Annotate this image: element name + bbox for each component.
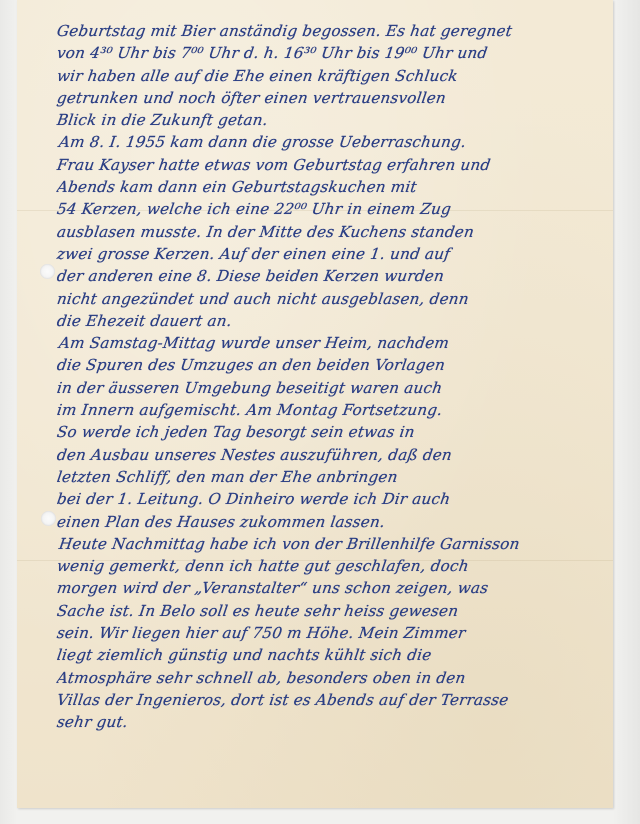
text-line: ausblasen musste. In der Mitte des Kuche…: [55, 221, 618, 243]
punch-hole-icon: [41, 511, 56, 526]
letter-page: Geburtstag mit Bier anständig begossen. …: [17, 0, 613, 808]
text-line: Geburtstag mit Bier anständig begossen. …: [55, 20, 618, 42]
text-line: der anderen eine 8. Diese beiden Kerzen …: [55, 265, 618, 287]
text-line: einen Plan des Hauses zukommen lassen.: [55, 511, 618, 533]
text-line: Abends kam dann ein Geburtstagskuchen mi…: [55, 176, 618, 198]
text-line: Am Samstag-Mittag wurde unser Heim, nach…: [55, 332, 618, 354]
text-line: die Ehezeit dauert an.: [55, 310, 618, 332]
handwritten-text: Geburtstag mit Bier anständig begossen. …: [57, 20, 617, 734]
text-line: sehr gut.: [55, 711, 618, 733]
text-line: So werde ich jeden Tag besorgt sein etwa…: [55, 421, 618, 443]
text-line: 54 Kerzen, welche ich eine 22⁰⁰ Uhr in e…: [55, 198, 618, 220]
punch-hole-icon: [40, 264, 55, 279]
text-line: wenig gemerkt, denn ich hatte gut geschl…: [55, 555, 618, 577]
text-line: in der äusseren Umgebung beseitigt waren…: [55, 377, 618, 399]
text-line: den Ausbau unseres Nestes auszuführen, d…: [55, 444, 618, 466]
text-line: bei der 1. Leitung. O Dinheiro werde ich…: [55, 488, 618, 510]
text-line: Sache ist. In Belo soll es heute sehr he…: [55, 600, 618, 622]
text-line: letzten Schliff, den man der Ehe anbring…: [55, 466, 618, 488]
text-line: von 4³⁰ Uhr bis 7⁰⁰ Uhr d. h. 16³⁰ Uhr b…: [55, 42, 618, 64]
text-line: zwei grosse Kerzen. Auf der einen eine 1…: [55, 243, 618, 265]
text-line: liegt ziemlich günstig und nachts kühlt …: [55, 644, 618, 666]
text-line: Blick in die Zukunft getan.: [55, 109, 618, 131]
text-line: Am 8. I. 1955 kam dann die grosse Ueberr…: [55, 131, 618, 153]
text-line: nicht angezündet und auch nicht ausgebla…: [55, 288, 618, 310]
text-line: Heute Nachmittag habe ich von der Brille…: [55, 533, 618, 555]
text-line: sein. Wir liegen hier auf 750 m Höhe. Me…: [55, 622, 618, 644]
text-line: Villas der Ingenieros, dort ist es Abend…: [55, 689, 618, 711]
text-line: Atmosphäre sehr schnell ab, besonders ob…: [55, 667, 618, 689]
text-line: die Spuren des Umzuges an den beiden Vor…: [55, 354, 618, 376]
text-line: Frau Kayser hatte etwas vom Geburtstag e…: [55, 154, 618, 176]
text-line: im Innern aufgemischt. Am Montag Fortset…: [55, 399, 618, 421]
text-line: wir haben alle auf die Ehe einen kräftig…: [55, 65, 618, 87]
text-line: morgen wird der „Veranstalter“ uns schon…: [55, 577, 618, 599]
text-line: getrunken und noch öfter einen vertrauen…: [55, 87, 618, 109]
